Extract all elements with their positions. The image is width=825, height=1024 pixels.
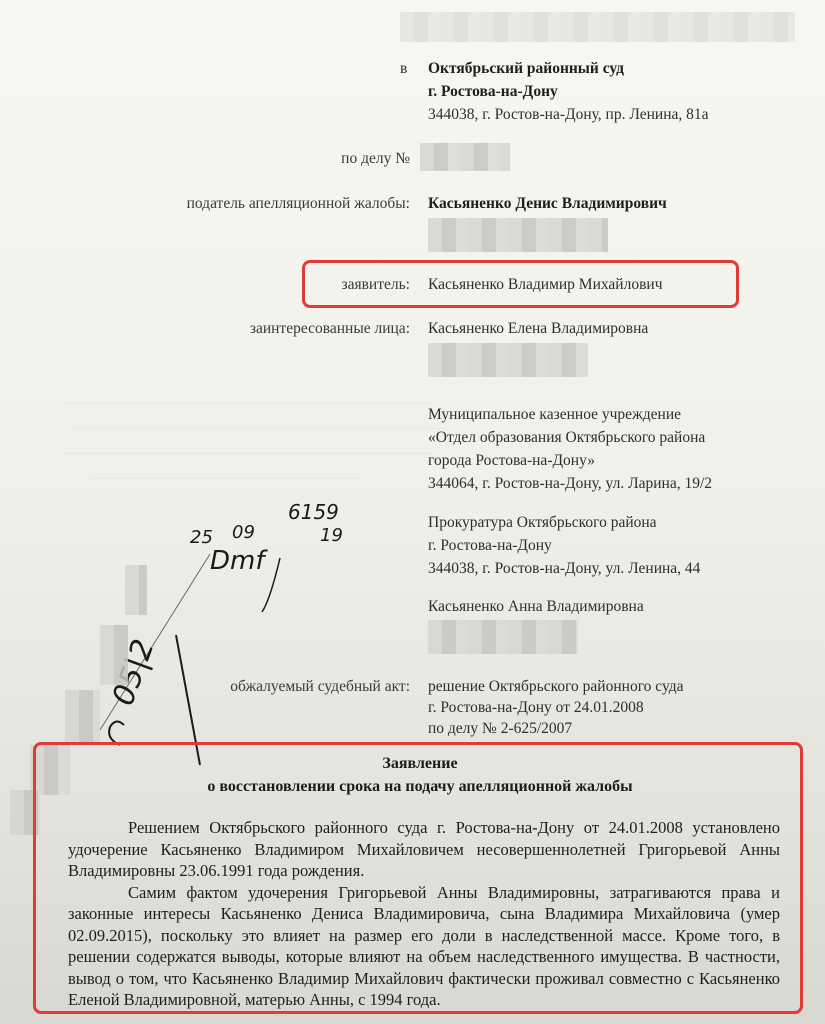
court-name: Октябрьский районный суд xyxy=(428,58,624,80)
applicant-label: заявитель: xyxy=(250,276,410,294)
org-address: 344064, г. Ростов-на-Дону, ул. Ларина, 1… xyxy=(428,473,712,495)
redacted-person-2-address xyxy=(428,620,578,654)
court-address: 344038, г. Ростов-на-Дону, пр. Ленина, 8… xyxy=(428,104,709,126)
statement-body: Решением Октябрьского районного суда г. … xyxy=(68,817,780,1011)
org-line-2: «Отдел образования Октябрьского района xyxy=(428,427,705,449)
applicant-name: Касьяненко Владимир Михайлович xyxy=(428,274,662,296)
interested-person-1: Касьяненко Елена Владимировна xyxy=(428,318,648,340)
redacted-margin-stamp-2 xyxy=(100,625,128,685)
reg-number: 6159 xyxy=(288,500,339,524)
addressee-prefix: в xyxy=(400,58,407,80)
redacted-margin-stamp-3 xyxy=(65,690,100,745)
interested-person-2: Касьяненко Анна Владимировна xyxy=(428,596,644,618)
appealed-act-line-1: решение Октябрьского районного суда xyxy=(428,676,684,698)
appellant-label: податель апелляционной жалобы: xyxy=(100,195,410,213)
appealed-act-line-2: г. Ростова-на-Дону от 24.01.2008 xyxy=(428,697,644,719)
prosecutor-address: 344038, г. Ростов-на-Дону, ул. Ленина, 4… xyxy=(428,558,700,580)
redacted-case-number xyxy=(420,143,510,171)
prosecutor-line-2: г. Ростова-на-Дону xyxy=(428,535,552,557)
statement-title: Заявление xyxy=(40,755,800,773)
court-city: г. Ростова-на-Дону xyxy=(428,81,558,103)
redacted-appellant-address xyxy=(428,218,608,252)
case-number-label: по делу № xyxy=(200,150,410,168)
statement-subtitle: о восстановлении срока на подачу апелляц… xyxy=(40,778,800,796)
appellant-name: Касьяненко Денис Владимирович xyxy=(428,193,667,215)
org-line-3: города Ростова-на-Дону» xyxy=(428,450,595,472)
statement-paragraph-2: Самим фактом удочерения Григорьевой Анны… xyxy=(68,882,780,1011)
redacted-header xyxy=(400,12,795,42)
redacted-margin-stamp-1 xyxy=(125,565,147,615)
org-line-1: Муниципальное казенное учреждение xyxy=(428,404,681,426)
redacted-person-1-address xyxy=(428,343,588,377)
appealed-act-line-3: по делу № 2-625/2007 xyxy=(428,718,572,740)
prosecutor-line-1: Прокуратура Октябрьского района xyxy=(428,512,657,534)
statement-paragraph-1: Решением Октябрьского районного суда г. … xyxy=(68,817,780,882)
interested-label: заинтересованные лица: xyxy=(150,320,410,338)
